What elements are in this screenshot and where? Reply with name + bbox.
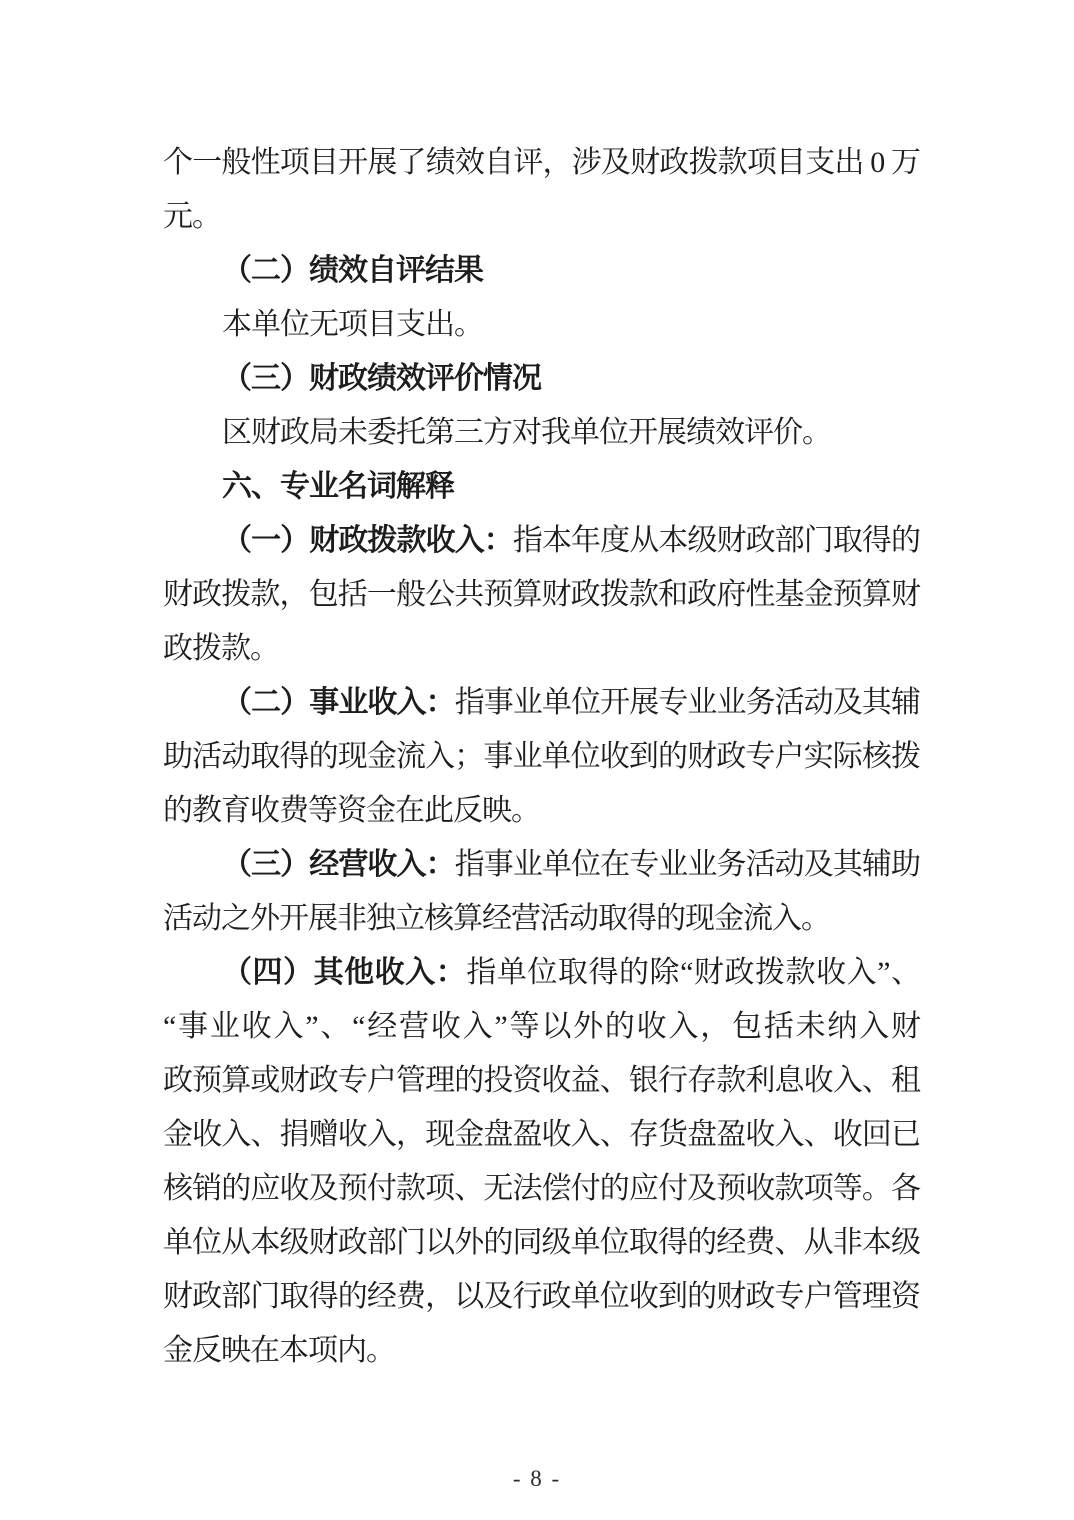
document-page: 个一般性项目开展了绩效自评，涉及财政拨款项目支出 0 万元。（二）绩效自评结果本… [0, 0, 1074, 1520]
term-label: （三）经营收入： [222, 848, 455, 881]
text-line: 活动之外开展非独立核算经营活动取得的现金流入。 [163, 892, 920, 946]
text-line: 政拨款。 [163, 622, 920, 676]
text-line: 金反映在本项内。 [163, 1324, 920, 1378]
text-line: （二）事业收入：指事业单位开展专业业务活动及其辅 [163, 676, 920, 730]
text-line: 财政部门取得的经费，以及行政单位收到的财政专户管理资 [163, 1270, 920, 1324]
text-line: 个一般性项目开展了绩效自评，涉及财政拨款项目支出 0 万 [163, 136, 920, 190]
term-label: （一）财政拨款收入： [222, 524, 513, 557]
main-heading: 六、专业名词解释 [163, 460, 920, 514]
text-line: “事业收入”、“经营收入”等以外的收入，包括未纳入财 [163, 1000, 920, 1054]
text-line: （三）经营收入：指事业单位在专业业务活动及其辅助 [163, 838, 920, 892]
text-line: 本单位无项目支出。 [163, 298, 920, 352]
document-body: 个一般性项目开展了绩效自评，涉及财政拨款项目支出 0 万元。（二）绩效自评结果本… [163, 136, 920, 1378]
text-line: 区财政局未委托第三方对我单位开展绩效评价。 [163, 406, 920, 460]
page-number: - 8 - [0, 1466, 1074, 1492]
text-line: （四）其他收入：指单位取得的除“财政拨款收入”、 [163, 946, 920, 1000]
term-label: （四）其他收入： [222, 956, 466, 989]
term-label: （二）事业收入： [222, 686, 455, 719]
section-heading: （二）绩效自评结果 [163, 244, 920, 298]
text-line: 核销的应收及预付款项、无法偿付的应付及预收款项等。各 [163, 1162, 920, 1216]
section-heading: （三）财政绩效评价情况 [163, 352, 920, 406]
text-line: 的教育收费等资金在此反映。 [163, 784, 920, 838]
text-line: 财政拨款，包括一般公共预算财政拨款和政府性基金预算财 [163, 568, 920, 622]
text-line: （一）财政拨款收入：指本年度从本级财政部门取得的 [163, 514, 920, 568]
text-line: 单位从本级财政部门以外的同级单位取得的经费、从非本级 [163, 1216, 920, 1270]
text-line: 金收入、捐赠收入，现金盘盈收入、存货盘盈收入、收回已 [163, 1108, 920, 1162]
text-line: 助活动取得的现金流入；事业单位收到的财政专户实际核拨 [163, 730, 920, 784]
text-line: 政预算或财政专户管理的投资收益、银行存款利息收入、租 [163, 1054, 920, 1108]
text-line: 元。 [163, 190, 920, 244]
